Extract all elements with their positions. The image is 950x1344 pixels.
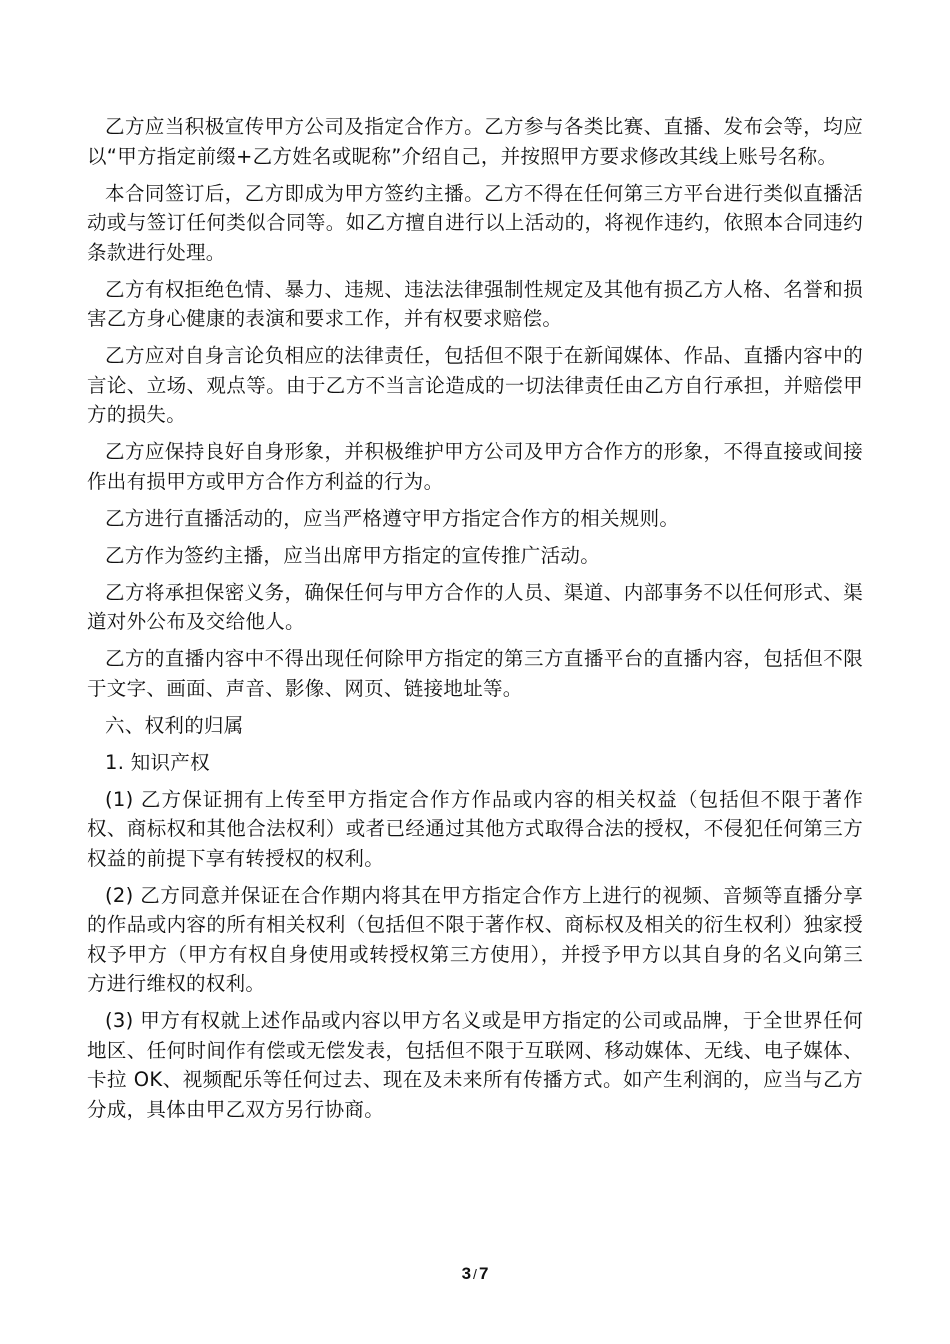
- current-page: 3: [462, 1264, 471, 1283]
- paragraph-promotion: 乙方应当积极宣传甲方公司及指定合作方。乙方参与各类比赛、直播、发布会等，均应以“…: [87, 112, 863, 171]
- paragraph-image: 乙方应保持良好自身形象，并积极维护甲方公司及甲方合作方的形象，不得直接或间接作出…: [87, 437, 863, 496]
- subsection-heading: 1. 知识产权: [87, 748, 863, 778]
- page-separator: /: [473, 1266, 477, 1282]
- total-pages: 7: [479, 1264, 488, 1283]
- paragraph-promotion-events: 乙方作为签约主播，应当出席甲方指定的宣传推广活动。: [87, 541, 863, 571]
- document-body: 乙方应当积极宣传甲方公司及指定合作方。乙方参与各类比赛、直播、发布会等，均应以“…: [87, 112, 863, 1132]
- page-number: 3/7: [0, 1264, 950, 1284]
- clause-1: (1) 乙方保证拥有上传至甲方指定合作方作品或内容的相关权益（包括但不限于著作权…: [87, 785, 863, 874]
- paragraph-speech-liability: 乙方应对自身言论负相应的法律责任，包括但不限于在新闻媒体、作品、直播内容中的言论…: [87, 341, 863, 430]
- paragraph-confidentiality: 乙方将承担保密义务，确保任何与甲方合作的人员、渠道、内部事务不以任何形式、渠道对…: [87, 578, 863, 637]
- paragraph-rules: 乙方进行直播活动的，应当严格遵守甲方指定合作方的相关规则。: [87, 504, 863, 534]
- paragraph-content-restriction: 乙方的直播内容中不得出现任何除甲方指定的第三方直播平台的直播内容，包括但不限于文…: [87, 644, 863, 703]
- clause-3: (3) 甲方有权就上述作品或内容以甲方名义或是甲方指定的公司或品牌，于全世界任何…: [87, 1006, 863, 1124]
- section-heading: 六、权利的归属: [87, 711, 863, 741]
- clause-2: (2) 乙方同意并保证在合作期内将其在甲方指定合作方上进行的视频、音频等直播分享…: [87, 881, 863, 999]
- document-page: 乙方应当积极宣传甲方公司及指定合作方。乙方参与各类比赛、直播、发布会等，均应以“…: [0, 0, 950, 1344]
- paragraph-right-to-refuse: 乙方有权拒绝色情、暴力、违规、违法法律强制性规定及其他有损乙方人格、名誉和损害乙…: [87, 275, 863, 334]
- paragraph-exclusivity: 本合同签订后，乙方即成为甲方签约主播。乙方不得在任何第三方平台进行类似直播活动或…: [87, 179, 863, 268]
